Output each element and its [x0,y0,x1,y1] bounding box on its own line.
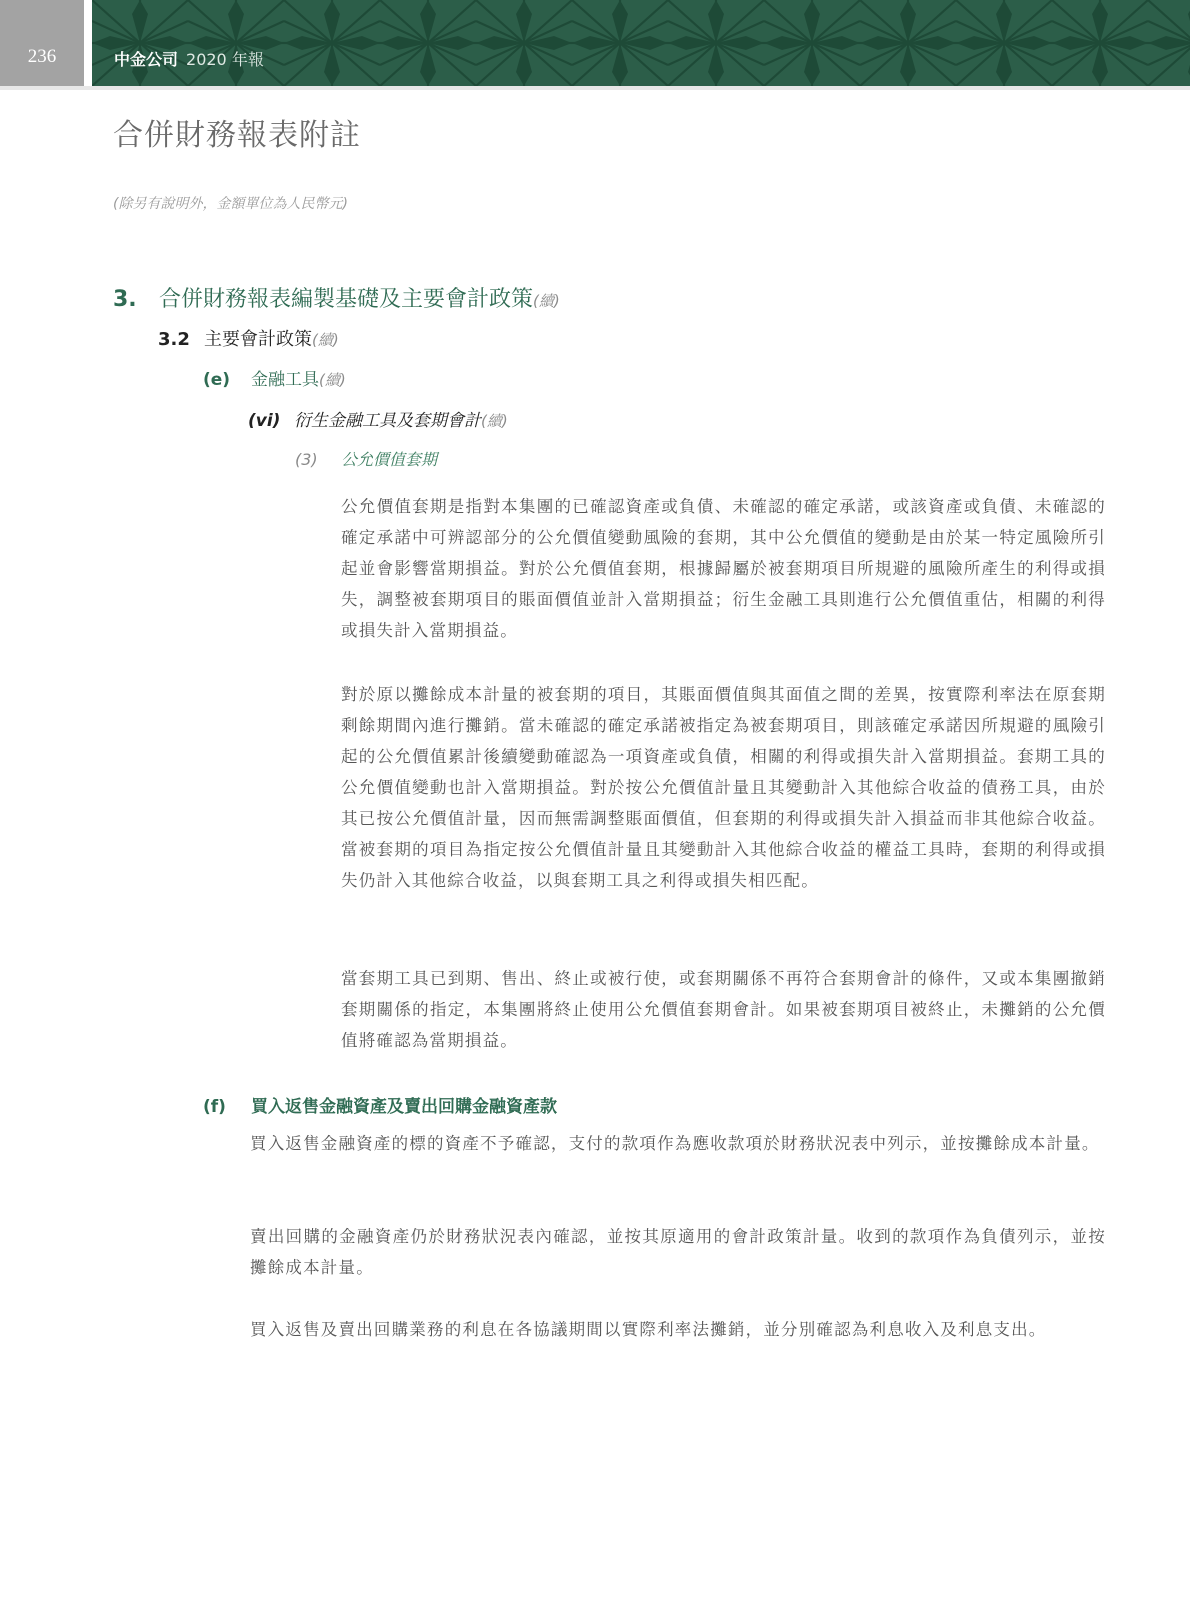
section-title: 衍生金融工具及套期會計 [294,411,481,431]
section-title: 公允價值套期 [341,450,437,469]
section-vi-heading: (vi)衍生金融工具及套期會計(續) [248,406,508,431]
paragraph-fair-value-hedge-definition: 公允價值套期是指對本集團的已確認資產或負債、未確認的確定承諾，或該資產或負債、未… [341,491,1106,646]
header-rule [0,86,1190,90]
report-name: 2020 年報 [186,50,264,69]
section-title: 合併財務報表編製基礎及主要會計政策 [159,287,533,312]
section-f-heading: (f)買入返售金融資產及賣出回購金融資產款 [203,1092,557,1117]
section-number: (3) [295,450,341,469]
company-name: 中金公司 [114,50,178,69]
banner-title: 中金公司2020 年報 [114,47,264,70]
section-3-2-heading: 3.2主要會計政策(續) [158,325,339,351]
continued-label: (續) [319,371,346,389]
page-number: 236 [0,46,84,68]
subsection-3-heading: (3)公允價值套期 [295,447,437,470]
paragraph-hedge-discontinuation: 當套期工具已到期、售出、終止或被行使，或套期關係不再符合套期會計的條件，又或本集… [341,963,1106,1056]
section-number: (e) [203,370,251,390]
header-banner: 中金公司2020 年報 [92,0,1190,86]
unit-note: (除另有說明外，金額單位為人民幣元) [113,193,348,213]
paragraph-reverse-repo: 買入返售金融資產的標的資產不予確認，支付的款項作為應收款項於財務狀況表中列示，並… [250,1128,1106,1159]
section-number: (f) [203,1097,251,1117]
section-number: (vi) [248,411,294,431]
section-e-heading: (e)金融工具(續) [203,365,346,390]
page-title: 合併財務報表附註 [113,110,361,154]
paragraph-repo: 賣出回購的金融資產仍於財務狀況表內確認，並按其原適用的會計政策計量。收到的款項作… [250,1221,1106,1283]
continued-label: (續) [312,331,339,349]
header-gap [84,0,92,90]
section-title: 金融工具 [251,370,319,390]
section-title: 主要會計政策 [204,329,312,350]
section-title: 買入返售金融資產及賣出回購金融資產款 [251,1097,557,1117]
continued-label: (續) [533,292,560,310]
page-number-box: 236 [0,0,84,86]
continued-label: (續) [481,412,508,430]
section-3-heading: 3.合併財務報表編製基礎及主要會計政策(續) [113,282,560,313]
hemp-leaf-pattern-icon [92,0,1190,86]
section-number: 3.2 [158,329,204,350]
paragraph-repo-interest: 買入返售及賣出回購業務的利息在各協議期間以實際利率法攤銷，並分別確認為利息收入及… [250,1314,1106,1345]
section-number: 3. [113,287,159,312]
paragraph-hedged-item-amortisation: 對於原以攤餘成本計量的被套期的項目，其賬面價值與其面值之間的差異，按實際利率法在… [341,679,1106,896]
